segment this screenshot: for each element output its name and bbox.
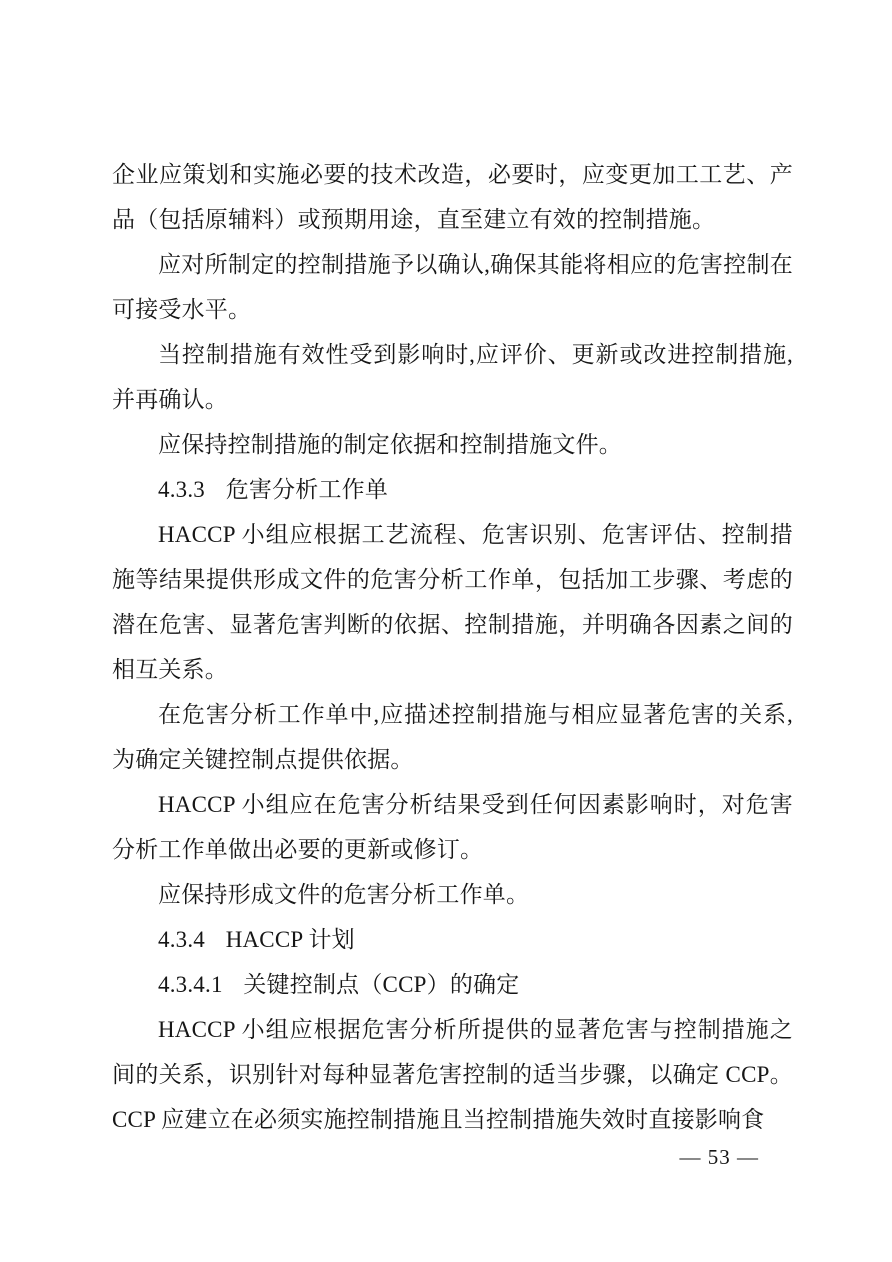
document-body: 企业应策划和实施必要的技术改造，必要时，应变更加工工艺、产品（包括原辅料）或预期… xyxy=(112,152,793,1142)
section-number: 4.3.4.1 xyxy=(158,972,223,997)
section-number: 4.3.3 xyxy=(158,477,205,502)
document-page: 企业应策划和实施必要的技术改造，必要时，应变更加工工艺、产品（包括原辅料）或预期… xyxy=(0,0,892,1262)
section-title: 关键控制点（CCP）的确定 xyxy=(243,972,519,997)
section-heading: 4.3.4.1关键控制点（CCP）的确定 xyxy=(112,962,793,1007)
paragraph: 企业应策划和实施必要的技术改造，必要时，应变更加工工艺、产品（包括原辅料）或预期… xyxy=(112,152,793,242)
page-number: — 53 — xyxy=(680,1144,760,1170)
paragraph: HACCP 小组应在危害分析结果受到任何因素影响时，对危害分析工作单做出必要的更… xyxy=(112,782,793,872)
paragraph: 应对所制定的控制措施予以确认,确保其能将相应的危害控制在可接受水平。 xyxy=(112,242,793,332)
paragraph: HACCP 小组应根据工艺流程、危害识别、危害评估、控制措施等结果提供形成文件的… xyxy=(112,512,793,692)
section-heading: 4.3.3危害分析工作单 xyxy=(112,467,793,512)
paragraph: 当控制措施有效性受到影响时,应评价、更新或改进控制措施,并再确认。 xyxy=(112,332,793,422)
paragraph: 应保持形成文件的危害分析工作单。 xyxy=(112,872,793,917)
section-title: HACCP 计划 xyxy=(226,927,355,952)
paragraph: 应保持控制措施的制定依据和控制措施文件。 xyxy=(112,422,793,467)
section-heading: 4.3.4HACCP 计划 xyxy=(112,917,793,962)
section-number: 4.3.4 xyxy=(158,927,205,952)
paragraph: HACCP 小组应根据危害分析所提供的显著危害与控制措施之间的关系，识别针对每种… xyxy=(112,1007,793,1142)
section-title: 危害分析工作单 xyxy=(226,477,388,502)
paragraph: 在危害分析工作单中,应描述控制措施与相应显著危害的关系,为确定关键控制点提供依据… xyxy=(112,692,793,782)
